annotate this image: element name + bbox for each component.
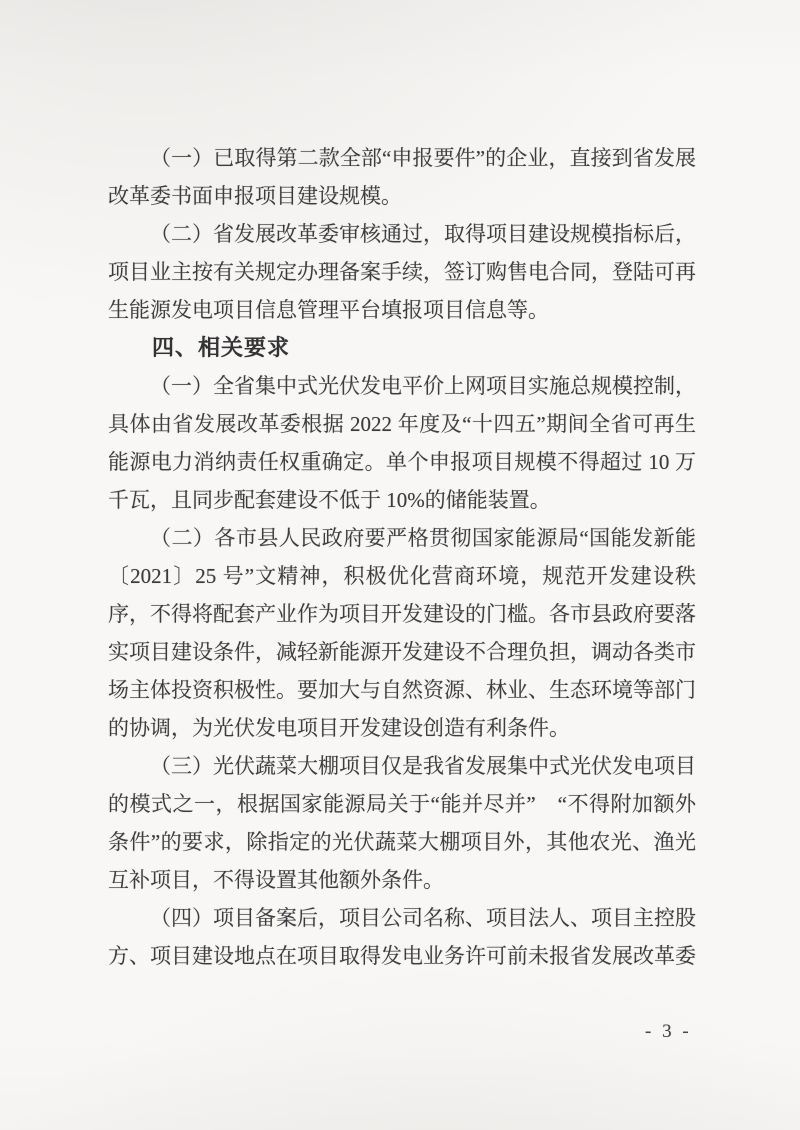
document-body: （一）已取得第二款全部“申报要件”的企业，直接到省发展改革委书面申报项目建设规模… [108, 139, 696, 975]
paragraph-requirement-2: （二）各市县人民政府要严格贯彻国家能源局“国能发新能〔2021〕25 号”文精神… [108, 519, 696, 747]
paragraph-requirement-4: （四）项目备案后，项目公司名称、项目法人、项目主控股方、项目建设地点在项目取得发… [108, 899, 696, 975]
paragraph-item-1: （一）已取得第二款全部“申报要件”的企业，直接到省发展改革委书面申报项目建设规模… [108, 139, 696, 215]
scanned-document-page: （一）已取得第二款全部“申报要件”的企业，直接到省发展改革委书面申报项目建设规模… [0, 0, 800, 1130]
section-heading-4: 四、相关要求 [108, 329, 696, 367]
paragraph-requirement-1: （一）全省集中式光伏发电平价上网项目实施总规模控制，具体由省发展改革委根据 20… [108, 367, 696, 519]
paragraph-item-2: （二）省发展改革委审核通过，取得项目建设规模指标后，项目业主按有关规定办理备案手… [108, 215, 696, 329]
page-number: - 3 - [645, 1021, 692, 1043]
paragraph-requirement-3: （三）光伏蔬菜大棚项目仅是我省发展集中式光伏发电项目的模式之一，根据国家能源局关… [108, 747, 696, 899]
